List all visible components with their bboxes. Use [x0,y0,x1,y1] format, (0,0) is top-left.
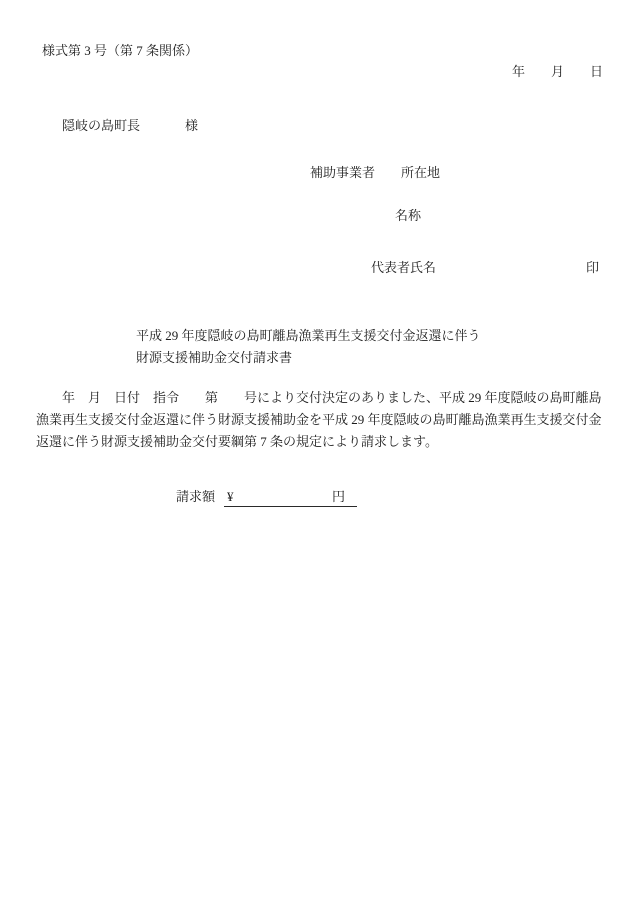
yen-symbol: ¥ [227,490,234,503]
document-page: 様式第 3 号（第 7 条関係） 年 月 日 隠岐の島町長様 補助事業者 所在地… [0,0,630,915]
addressee-name: 隠岐の島町長 [62,118,140,133]
amount-blank-underline: ¥ 円 [224,490,357,507]
amount-line: 請求額 ¥ 円 [176,490,357,507]
body-paragraph-line3: 返還に伴う財源支援補助金交付要綱第 7 条の規定により請求します。 [36,435,438,448]
body-paragraph-line1: 年 月 日付 指令 第 号により交付決定のありました、平成 29 年度隠岐の島町… [36,391,602,404]
addressee-line: 隠岐の島町長様 [49,106,198,145]
document-title-line1: 平成 29 年度隠岐の島町離島漁業再生支援交付金返還に伴う [136,329,481,342]
document-title-line2: 財源支援補助金交付請求書 [136,351,292,364]
representative-line: 代表者氏名印 [358,248,599,287]
representative-label: 代表者氏名 [371,260,436,275]
form-number: 様式第 3 号（第 7 条関係） [42,44,198,57]
applicant-address-label: 補助事業者 所在地 [310,166,440,179]
date-blank-line: 年 月 日 [512,65,603,78]
seal-mark: 印 [586,260,599,275]
honorific-label: 様 [185,118,198,133]
yen-unit-label: 円 [332,490,345,503]
body-paragraph-line2: 漁業再生支援交付金返還に伴う財源支援補助金を平成 29 年度隠岐の島町離島漁業再… [36,413,602,426]
amount-label: 請求額 [176,490,215,503]
applicant-name-label: 名称 [395,209,421,222]
